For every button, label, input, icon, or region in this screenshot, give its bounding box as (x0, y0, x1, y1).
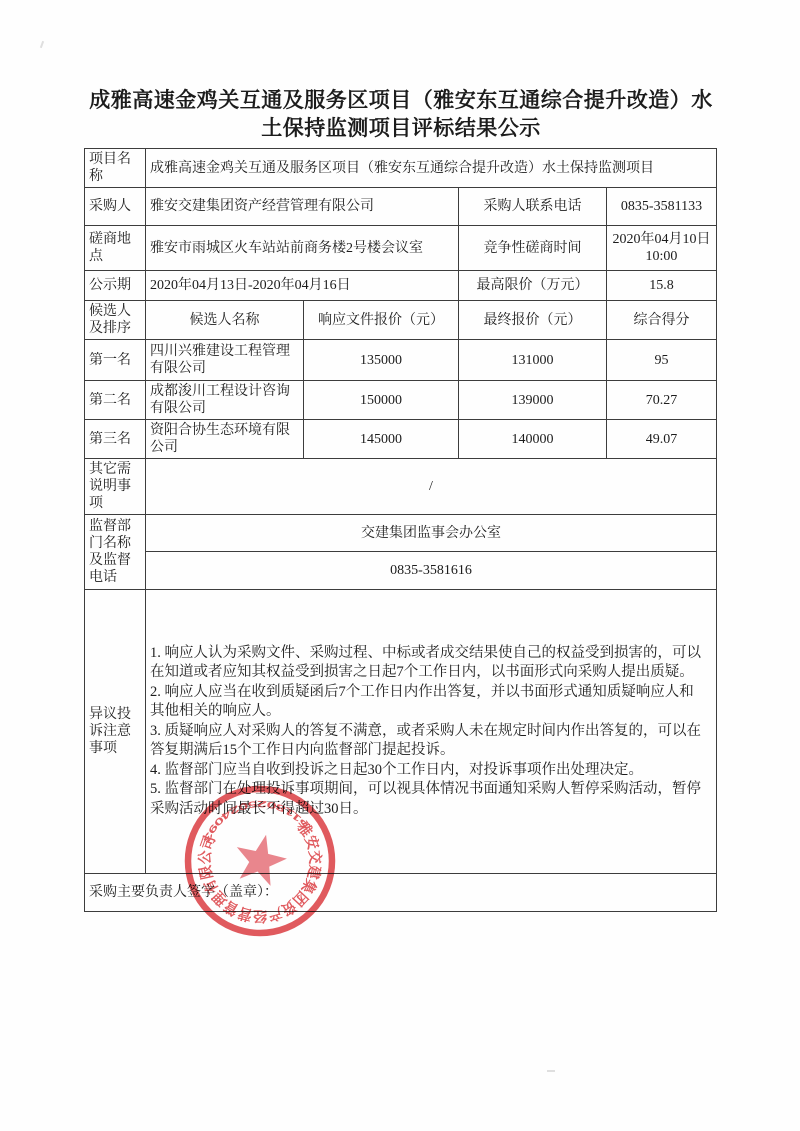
candidate-row: 第三名 资阳合协生态环境有限公司 145000 140000 49.07 (85, 420, 717, 459)
objection-item: 4. 监督部门应当自收到投诉之日起30个工作日内，对投诉事项作出处理决定。 (150, 761, 708, 781)
objection-item: 2. 响应人应当在收到质疑函后7个工作日内作出答复，并以书面形式通知质疑响应人和… (150, 683, 708, 722)
objection-item: 3. 质疑响应人对采购人的答复不满意，或者采购人未在规定时间内作出答复的，可以在… (150, 722, 708, 761)
bid-result-table: 项目名称 成雅高速金鸡关互通及服务区项目（雅安东互通综合提升改造）水土保持监测项… (84, 148, 717, 912)
document-title: 成雅高速金鸡关互通及服务区项目（雅安东互通综合提升改造）水土保持监测项目评标结果… (84, 86, 718, 142)
signature-row: 采购主要负责人签字（盖章）： (85, 874, 717, 912)
purchaser-phone-value: 0835-3581133 (607, 188, 717, 226)
project-name-label: 项目名称 (85, 149, 146, 188)
project-name-row: 项目名称 成雅高速金鸡关互通及服务区项目（雅安东互通综合提升改造）水土保持监测项… (85, 149, 717, 188)
purchaser-phone-label: 采购人联系电话 (459, 188, 607, 226)
objection-label: 异议投诉注意事项 (85, 590, 146, 874)
supervision-row: 监督部门名称及监督电话 交建集团监事会办公室 (85, 515, 717, 552)
candidates-doc-price-header: 响应文件报价（元） (304, 301, 459, 340)
candidate-doc-price: 145000 (304, 420, 459, 459)
candidate-name: 资阳合协生态环境有限公司 (146, 420, 304, 459)
candidate-row: 第二名 成都浚川工程设计咨询有限公司 150000 139000 70.27 (85, 381, 717, 420)
project-name-value: 成雅高速金鸡关互通及服务区项目（雅安东互通综合提升改造）水土保持监测项目 (146, 149, 717, 188)
candidate-final-price: 140000 (459, 420, 607, 459)
candidates-rank-header: 候选人及排序 (85, 301, 146, 340)
candidate-row: 第一名 四川兴雅建设工程管理有限公司 135000 131000 95 (85, 340, 717, 381)
scan-artifact (40, 41, 44, 48)
other-notes-label: 其它需说明事项 (85, 459, 146, 515)
supervision-phone-row: 0835-3581616 (85, 552, 717, 590)
objection-item: 5. 监督部门在处理投诉事项期间，可以视具体情况书面通知采购人暂停采购活动，暂停… (150, 780, 708, 819)
purchaser-label: 采购人 (85, 188, 146, 226)
publicity-value: 2020年04月13日-2020年04月16日 (146, 271, 459, 301)
candidates-header-row: 候选人及排序 候选人名称 响应文件报价（元） 最终报价（元） 综合得分 (85, 301, 717, 340)
objection-content-cell: 1. 响应人认为采购文件、采购过程、中标或者成交结果使自己的权益受到损害的，可以… (146, 590, 717, 874)
scanned-document-page: 成雅高速金鸡关互通及服务区项目（雅安东互通综合提升改造）水土保持监测项目评标结果… (0, 0, 800, 1131)
objection-row: 异议投诉注意事项 1. 响应人认为采购文件、采购过程、中标或者成交结果使自己的权… (85, 590, 717, 874)
publicity-row: 公示期 2020年04月13日-2020年04月16日 最高限价（万元） 15.… (85, 271, 717, 301)
objection-items: 1. 响应人认为采购文件、采购过程、中标或者成交结果使自己的权益受到损害的，可以… (146, 644, 716, 820)
venue-row: 磋商地点 雅安市雨城区火车站站前商务楼2号楼会议室 竞争性磋商时间 2020年0… (85, 226, 717, 271)
objection-item: 1. 响应人认为采购文件、采购过程、中标或者成交结果使自己的权益受到损害的，可以… (150, 644, 708, 683)
candidate-doc-price: 135000 (304, 340, 459, 381)
candidates-final-price-header: 最终报价（元） (459, 301, 607, 340)
supervision-label: 监督部门名称及监督电话 (85, 515, 146, 590)
signature-label: 采购主要负责人签字（盖章）： (85, 874, 717, 912)
candidates-name-header: 候选人名称 (146, 301, 304, 340)
candidate-final-price: 131000 (459, 340, 607, 381)
supervision-department: 交建集团监事会办公室 (146, 515, 717, 552)
negotiation-time-label: 竞争性磋商时间 (459, 226, 607, 271)
candidate-score: 70.27 (607, 381, 717, 420)
candidate-name: 成都浚川工程设计咨询有限公司 (146, 381, 304, 420)
supervision-phone: 0835-3581616 (146, 552, 717, 590)
other-notes-value: / (146, 459, 717, 515)
negotiation-time-value: 2020年04月10日10:00 (607, 226, 717, 271)
candidate-score: 95 (607, 340, 717, 381)
candidate-score: 49.07 (607, 420, 717, 459)
max-price-label: 最高限价（万元） (459, 271, 607, 301)
candidate-rank: 第二名 (85, 381, 146, 420)
publicity-label: 公示期 (85, 271, 146, 301)
venue-value: 雅安市雨城区火车站站前商务楼2号楼会议室 (146, 226, 459, 271)
purchaser-value: 雅安交建集团资产经营管理有限公司 (146, 188, 459, 226)
scan-artifact (547, 1070, 555, 1072)
candidate-rank: 第一名 (85, 340, 146, 381)
purchaser-row: 采购人 雅安交建集团资产经营管理有限公司 采购人联系电话 0835-358113… (85, 188, 717, 226)
candidate-rank: 第三名 (85, 420, 146, 459)
max-price-value: 15.8 (607, 271, 717, 301)
venue-label: 磋商地点 (85, 226, 146, 271)
candidates-score-header: 综合得分 (607, 301, 717, 340)
candidate-doc-price: 150000 (304, 381, 459, 420)
candidate-final-price: 139000 (459, 381, 607, 420)
candidate-name: 四川兴雅建设工程管理有限公司 (146, 340, 304, 381)
other-notes-row: 其它需说明事项 / (85, 459, 717, 515)
